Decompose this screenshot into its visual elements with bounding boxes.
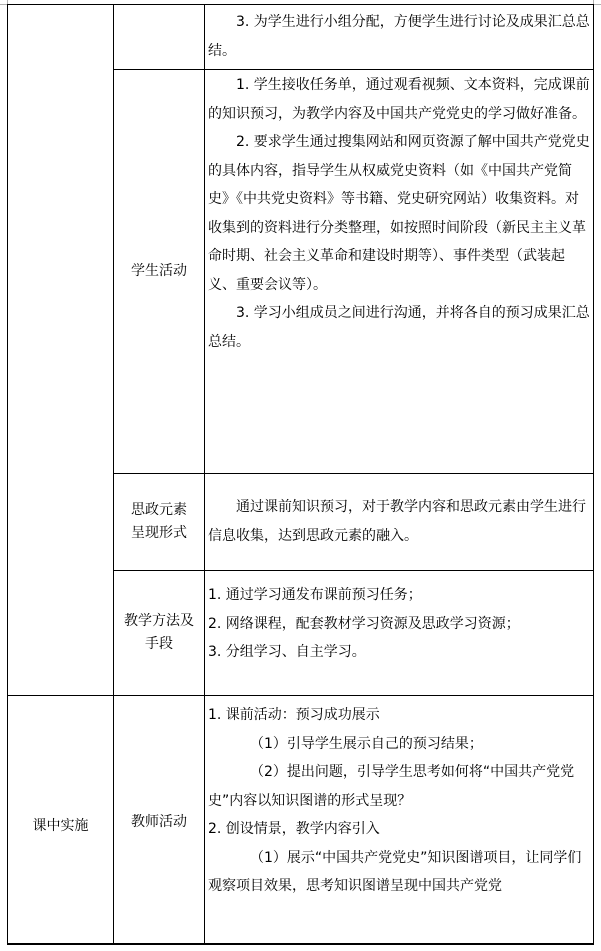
content-paragraph: 1. 通过学习通发布课前预习任务； — [208, 581, 592, 610]
category-label-teacher-activity: 教师活动 — [114, 696, 204, 944]
row-content-cell: 3. 为学生进行小组分配，方便学生进行讨论及成果汇总总结。 — [205, 5, 594, 69]
content-paragraph: 1. 课前活动：预习成功展示 — [208, 701, 592, 730]
row-content-cell: 1. 学生接收任务单，通过观看视频、文本资料，完成课前的知识预习，为教学内容及中… — [205, 70, 594, 473]
content-paragraph: 3. 学习小组成员之间进行沟通，并将各自的预习成果汇总总结。 — [208, 299, 592, 356]
content-paragraph: 3. 分组学习、自主学习。 — [208, 638, 592, 667]
row-content-cell: 1. 课前活动：预习成功展示 （1）引导学生展示自己的预习结果； （2）提出问题… — [205, 696, 594, 944]
category-label-text: 教学方法及手段 — [118, 610, 200, 656]
category-label-text: 思政元素呈现形式 — [128, 499, 190, 545]
row-content-cell: 通过课前知识预习，对于教学内容和思政元素由学生进行信息收集，达到思政元素的融入。 — [205, 474, 594, 570]
row-content-cell: 1. 通过学习通发布课前预习任务； 2. 网络课程，配套教材学习资源及思政学习资… — [205, 571, 594, 695]
content-paragraph: 2. 要求学生通过搜集网站和网页资源了解中国共产党党史的具体内容，指导学生从权威… — [208, 128, 592, 299]
lesson-plan-table: 3. 为学生进行小组分配，方便学生进行讨论及成果汇总总结。 学生活动 1. 学生… — [7, 4, 594, 945]
content-paragraph: （2）提出问题，引导学生思考如何将“中国共产党党史”内容以知识图谱的形式呈现？ — [208, 758, 592, 815]
content-paragraph: （1）展示“中国共产党党史”知识图谱项目，让同学们观察项目效果，思考知识图谱呈现… — [208, 844, 592, 901]
content-paragraph: 3. 为学生进行小组分配，方便学生进行讨论及成果汇总总结。 — [208, 8, 592, 65]
category-label-student-activity: 学生活动 — [114, 70, 204, 473]
content-paragraph: （1）引导学生展示自己的预习结果； — [208, 730, 592, 759]
category-label-ideology-form: 思政元素呈现形式 — [114, 474, 204, 570]
content-paragraph: 2. 创设情景，教学内容引入 — [208, 815, 592, 844]
content-paragraph: 1. 学生接收任务单，通过观看视频、文本资料，完成课前的知识预习，为教学内容及中… — [208, 71, 592, 128]
phase-label-in-class: 课中实施 — [8, 696, 113, 944]
content-paragraph: 2. 网络课程，配套教材学习资源及思政学习资源； — [208, 610, 592, 639]
category-label-teaching-method: 教学方法及手段 — [114, 571, 204, 695]
page-corner-mark — [593, 0, 601, 5]
content-paragraph: 通过课前知识预习，对于教学内容和思政元素由学生进行信息收集，达到思政元素的融入。 — [208, 493, 592, 550]
